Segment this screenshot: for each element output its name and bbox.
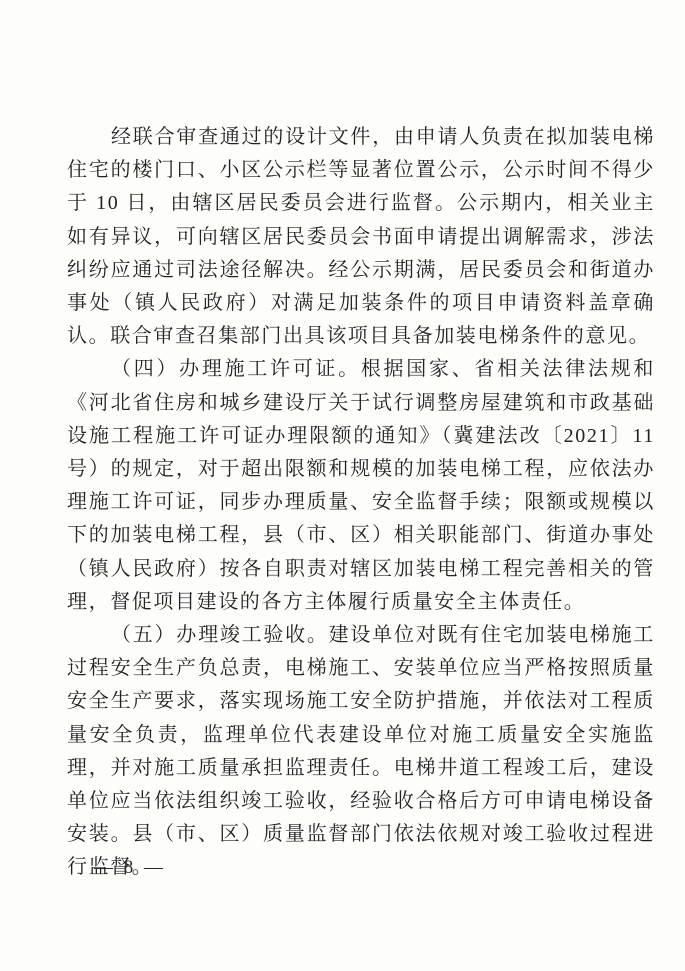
paragraph-completion-acceptance: （五）办理竣工验收。建设单位对既有住宅加装电梯施工过程安全生产负总责，电梯施工、… [67,619,655,885]
document-body: 经联合审查通过的设计文件，由申请人负责在拟加装电梯住宅的楼门口、小区公示栏等显著… [67,121,655,885]
document-page: 经联合审查通过的设计文件，由申请人负责在拟加装电梯住宅的楼门口、小区公示栏等显著… [0,0,685,971]
paragraph-construction-permit: （四）办理施工许可证。根据国家、省相关法律法规和《河北省住房和城乡建设厅关于试行… [67,353,655,619]
page-number: — 8 — [94,856,166,880]
paragraph-public-notice: 经联合审查通过的设计文件，由申请人负责在拟加装电梯住宅的楼门口、小区公示栏等显著… [67,121,655,353]
